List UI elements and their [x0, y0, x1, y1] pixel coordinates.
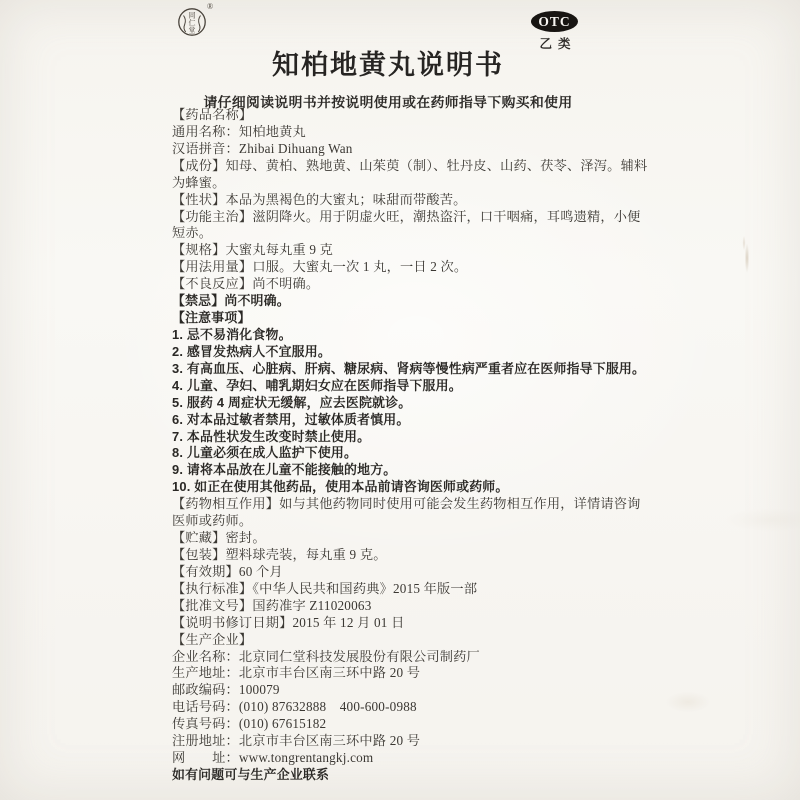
registered-address: 注册地址：北京市丰台区南三环中路 20 号 [172, 733, 642, 750]
header-block: 知柏地黄丸说明书 请仔细阅读说明书并按说明使用或在药师指导下购买和使用 [0, 0, 776, 59]
section-drug-name: 【药品名称】 [172, 107, 642, 124]
precautions-label: 【注意事项】 [172, 310, 642, 327]
package: 【包装】塑料球壳装，每丸重 9 克。 [172, 547, 642, 564]
interactions-line1: 【药物相互作用】如与其他药物同时使用可能会发生药物相互作用，详情请咨询 [172, 496, 642, 513]
fax-number: 传真号码：(010) 67615182 [172, 716, 642, 733]
phone-number: 电话号码：(010) 87632888 400-600-0988 [172, 699, 642, 716]
website: 网 址：www.tongrentangkj.com [172, 750, 642, 767]
ingredients-line2: 为蜂蜜。 [172, 175, 642, 192]
note-3: 3. 有高血压、心脏病、肝病、糖尿病、肾病等慢性病严重者应在医师指导下服用。 [172, 361, 642, 378]
contact-note: 如有问题可与生产企业联系 [172, 767, 642, 784]
note-7: 7. 本品性状发生改变时禁止使用。 [172, 429, 642, 446]
interactions-line2: 医师或药师。 [172, 513, 642, 530]
generic-name: 通用名称：知柏地黄丸 [172, 124, 642, 141]
adverse-reactions: 【不良反应】尚不明确。 [172, 276, 642, 293]
note-5: 5. 服药 4 周症状无缓解，应去医院就诊。 [172, 395, 642, 412]
revision-date: 【说明书修订日期】2015 年 12 月 01 日 [172, 615, 642, 632]
page-title: 知柏地黄丸说明书 [0, 43, 776, 82]
note-4: 4. 儿童、孕妇、哺乳期妇女应在医师指导下服用。 [172, 378, 642, 395]
pinyin: 汉语拼音：Zhibai Dihuang Wan [172, 141, 642, 158]
contraindications: 【禁忌】尚不明确。 [172, 293, 642, 310]
company-name: 企业名称：北京同仁堂科技发展股份有限公司制药厂 [172, 649, 642, 666]
note-6: 6. 对本品过敏者禁用，过敏体质者慎用。 [172, 412, 642, 429]
specification: 【规格】大蜜丸每丸重 9 克 [172, 242, 642, 259]
dosage: 【用法用量】口服。大蜜丸一次 1 丸，一日 2 次。 [172, 259, 642, 276]
storage: 【贮藏】密封。 [172, 530, 642, 547]
production-address: 生产地址：北京市丰台区南三环中路 20 号 [172, 665, 642, 682]
note-9: 9. 请将本品放在儿童不能接触的地方。 [172, 462, 642, 479]
ingredients-line1: 【成份】知母、黄柏、熟地黄、山茱萸（制）、牡丹皮、山药、茯苓、泽泻。辅料 [172, 158, 642, 175]
leaflet-page: 同 仁 堂 ® OTC 乙类 知柏地黄丸说明书 请仔细阅读说明书并按说明使用或在… [0, 0, 800, 800]
manufacturer-label: 【生产企业】 [172, 632, 642, 649]
validity: 【有效期】60 个月 [172, 564, 642, 581]
indications-line2: 短赤。 [172, 225, 642, 242]
note-1: 1. 忌不易消化食物。 [172, 327, 642, 344]
note-2: 2. 感冒发热病人不宜服用。 [172, 344, 642, 361]
description: 【性状】本品为黑褐色的大蜜丸；味甜而带酸苦。 [172, 192, 642, 209]
postal-code: 邮政编码：100079 [172, 682, 642, 699]
indications-line1: 【功能主治】滋阴降火。用于阴虚火旺，潮热盗汗，口干咽痛，耳鸣遗精，小便 [172, 209, 642, 226]
approval-number: 【批准文号】国药准字 Z11020063 [172, 598, 642, 615]
standard: 【执行标准】《中华人民共和国药典》2015 年版一部 [172, 581, 642, 598]
leaflet-body: 【药品名称】通用名称：知柏地黄丸汉语拼音：Zhibai Dihuang Wan【… [172, 107, 642, 784]
note-8: 8. 儿童必须在成人监护下使用。 [172, 445, 642, 462]
note-10: 10. 如正在使用其他药品，使用本品前请咨询医师或药师。 [172, 479, 642, 496]
